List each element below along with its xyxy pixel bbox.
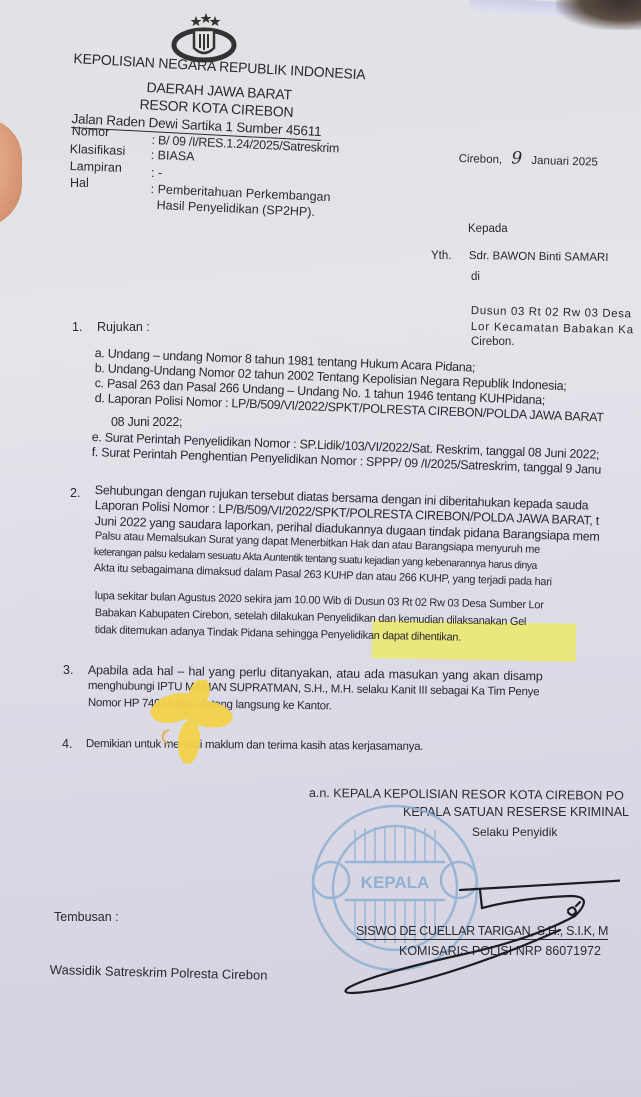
- section3-number: 3.: [63, 663, 73, 677]
- date-line: Cirebon, 9 Januari 2025: [458, 147, 598, 171]
- date-place: Cirebon,: [459, 153, 503, 166]
- recipient-name: Sdr. BAWON Binti SAMARI: [469, 250, 609, 264]
- recipient-di: di: [471, 271, 480, 283]
- privacy-sticker-icon: [145, 680, 240, 765]
- lampiran-value: : -: [151, 166, 162, 180]
- finger: [0, 118, 22, 228]
- tembusan-label: Tembusan :: [54, 910, 119, 924]
- handwritten-signature: [330, 870, 620, 1000]
- recipient-address-line3: Cirebon.: [471, 336, 514, 348]
- document-photo: KEPOLISIAN NEGARA REPUBLIK INDONESIA DAE…: [0, 0, 641, 1097]
- recipient-address-line2: Lor Kecamatan Babakan Ka: [471, 321, 634, 336]
- recipient-kepada: Kepada: [468, 223, 508, 235]
- hal-label: Hal: [70, 176, 89, 190]
- tembusan-item: Wassidik Satreskrim Polresta Cirebon: [50, 962, 268, 983]
- recipient-address-line1: Dusun 03 Rt 02 Rw 03 Desa: [471, 305, 632, 320]
- klasifikasi-label: Klasifikasi: [70, 142, 126, 158]
- date-day-handwritten: 9: [511, 148, 522, 168]
- section2-number: 2.: [70, 486, 80, 500]
- section1-title: Rujukan :: [97, 320, 150, 334]
- nomor-label: Nomor: [72, 124, 110, 139]
- section4-number: 4.: [62, 737, 72, 751]
- lampiran-label: Lampiran: [70, 159, 123, 175]
- recipient-yth: Yth.: [431, 250, 451, 262]
- klasifikasi-value: : BIASA: [151, 148, 195, 164]
- section4-text: Demikian untuk menjadi maklum dan terima…: [86, 738, 423, 753]
- date-month-year: Januari 2025: [531, 155, 598, 169]
- rujukan-item-d-date: 08 Juni 2022;: [111, 415, 182, 429]
- section1-number: 1.: [72, 320, 82, 334]
- corner-shadow: [556, 0, 641, 30]
